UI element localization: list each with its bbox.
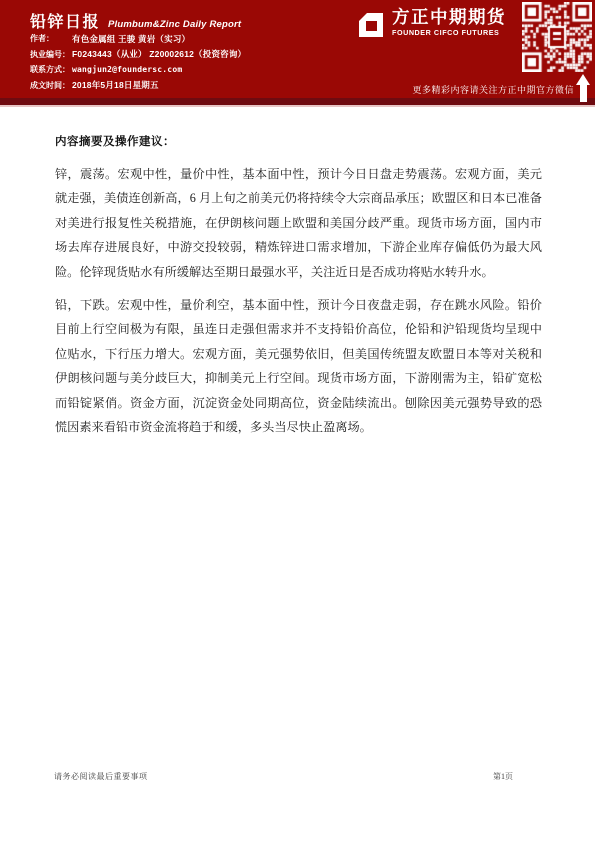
company-name-en: FOUNDER CIFCO FUTURES: [392, 28, 506, 37]
report-date: 2018年5月18日星期五: [72, 79, 159, 91]
zinc-paragraph: 锌，震荡。宏观中性，量价中性，基本面中性，预计今日日盘走势震荡。宏观方面，美元就…: [55, 162, 542, 284]
report-title-cn: 铅锌日报: [30, 9, 100, 32]
meta-row-author: 作者： 有色金属组 王骏 黄岩（实习）: [30, 31, 246, 47]
report-meta: 作者： 有色金属组 王骏 黄岩（实习） 执业编号： F0243443（从业） Z…: [30, 31, 246, 93]
license-label: 执业编号：: [30, 49, 72, 60]
report-title: 铅锌日报 Plumbum&Zinc Daily Report: [30, 9, 241, 32]
report-header: 铅锌日报 Plumbum&Zinc Daily Report 作者： 有色金属组…: [0, 0, 595, 98]
wechat-qr-code: [522, 2, 592, 72]
section-heading: 内容摘要及操作建议：: [55, 133, 175, 149]
header-divider-strip: [0, 98, 595, 107]
page-number: 第1页: [493, 771, 513, 782]
contact-label: 联系方式：: [30, 64, 72, 75]
report-title-en: Plumbum&Zinc Daily Report: [108, 19, 241, 30]
author-label: 作者：: [30, 33, 72, 44]
meta-row-license: 执业编号： F0243443（从业） Z20002612（投资咨询）: [30, 47, 246, 63]
wechat-note: 更多精彩内容请关注方正中期官方微信: [412, 83, 574, 96]
company-name-block: 方正中期期货 FOUNDER CIFCO FUTURES: [392, 7, 506, 40]
up-arrow-icon: [576, 74, 590, 102]
lead-paragraph: 铅，下跌。宏观中性，量价利空，基本面中性，预计今日夜盘走弱，存在跳水风险。铅价目…: [55, 293, 542, 439]
company-name-cn: 方正中期期货: [392, 7, 506, 27]
contact-email: wangjun2@foundersc.com: [72, 65, 182, 74]
footer-disclaimer: 请务必阅读最后重要事项: [54, 771, 148, 782]
report-page: 铅锌日报 Plumbum&Zinc Daily Report 作者： 有色金属组…: [0, 0, 595, 842]
license-value: F0243443（从业） Z20002612（投资咨询）: [72, 48, 246, 60]
meta-row-date: 成文时间： 2018年5月18日星期五: [30, 78, 246, 94]
report-body: 锌，震荡。宏观中性，量价中性，基本面中性，预计今日日盘走势震荡。宏观方面，美元就…: [55, 162, 542, 439]
author-value: 有色金属组 王骏 黄岩（实习）: [72, 33, 190, 45]
meta-row-contact: 联系方式： wangjun2@foundersc.com: [30, 62, 246, 78]
company-logo: 方正中期期货 FOUNDER CIFCO FUTURES: [356, 7, 506, 40]
founder-logo-icon: [356, 10, 386, 40]
date-label: 成文时间：: [30, 80, 72, 91]
